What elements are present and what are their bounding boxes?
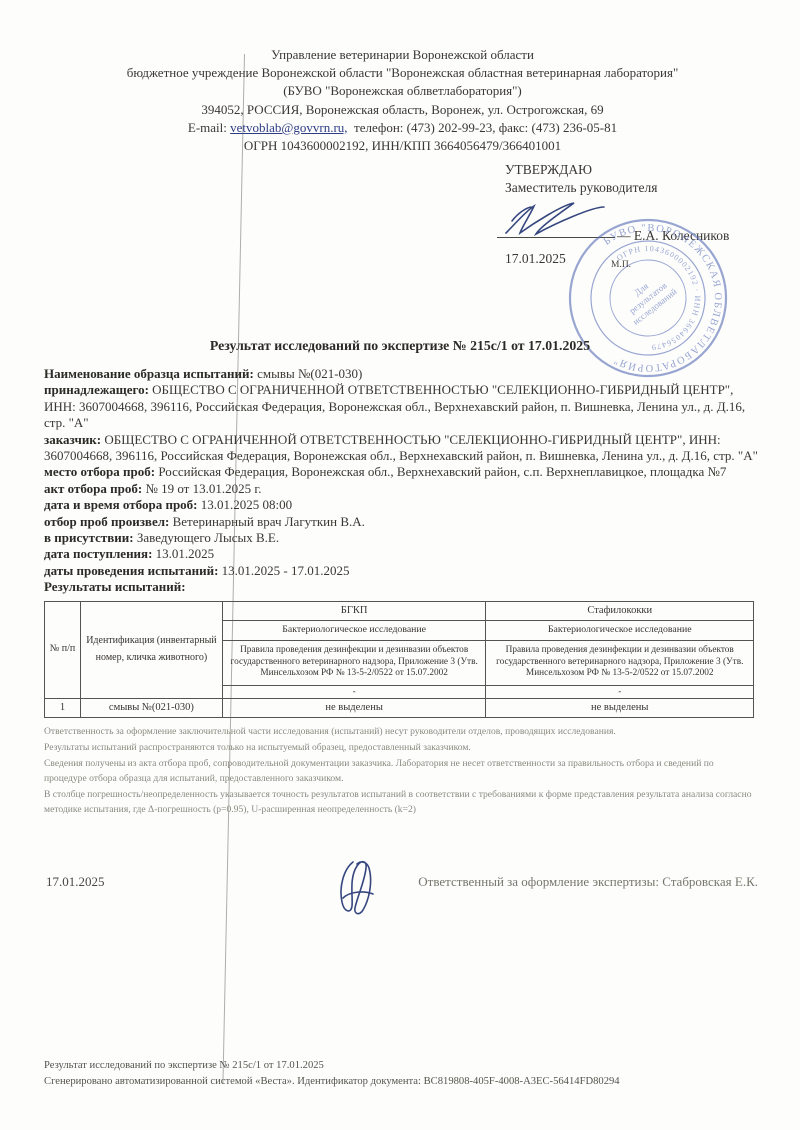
document-footer: Результат исследований по экспертизе № 2…: [44, 1058, 758, 1089]
col-header-group2: Стафилококки: [486, 601, 754, 620]
detail-customer: заказчик: ОБЩЕСТВО С ОГРАНИЧЕННОЙ ОТВЕТС…: [44, 432, 758, 465]
mp-seal-placeholder: М.П.: [611, 260, 631, 270]
detail-sampling-place: место отбора проб: Российская Федерация,…: [44, 464, 758, 480]
group1-method: Правила проведения дезинфекции и дезинва…: [222, 640, 486, 685]
signoff-date: 17.01.2025: [46, 874, 105, 890]
org-authority: Управление ветеринарии Воронежской облас…: [30, 46, 775, 64]
detail-owner: принадлежащего: ОБЩЕСТВО С ОГРАНИЧЕННОЙ …: [44, 382, 758, 431]
footnote-2: Результаты испытаний распространяются то…: [44, 740, 758, 755]
detail-testing-dates: даты проведения испытаний: 13.01.2025 - …: [44, 563, 758, 579]
footnote-3: Сведения получены из акта отбора проб, с…: [44, 756, 758, 786]
responsible-signature-ink: [329, 854, 385, 920]
group1-study-type: Бактериологическое исследование: [222, 621, 486, 640]
footnote-1: Ответственность за оформление заключител…: [44, 724, 758, 739]
col-header-group1: БГКП: [222, 601, 486, 620]
results-table: № п/п Идентификация (инвентарный номер, …: [44, 601, 754, 718]
footnotes: Ответственность за оформление заключител…: [44, 724, 758, 817]
group2-study-type: Бактериологическое исследование: [486, 621, 754, 640]
org-name: бюджетное учреждение Воронежской области…: [30, 64, 775, 82]
org-short-name: (БУВО "Воронежская облветлаборатория"): [30, 82, 775, 100]
org-registration-numbers: ОГРН 1043600002192, ИНН/КПП 3664056479/3…: [30, 137, 775, 155]
results-section-label: Результаты испытаний:: [44, 579, 758, 595]
footnote-4: В столбце погрешность/неопределенность у…: [44, 787, 758, 817]
row-result-group1: не выделены: [222, 698, 486, 717]
letterhead: Управление ветеринарии Воронежской облас…: [30, 46, 775, 155]
group1-dash: -: [222, 685, 486, 698]
org-address: 394052, РОССИЯ, Воронежская область, Вор…: [30, 101, 775, 119]
col-header-number: № п/п: [45, 601, 81, 698]
detail-sampled-by: отбор проб произвел: Ветеринарный врач Л…: [44, 514, 758, 530]
group2-dash: -: [486, 685, 754, 698]
table-row: 1 смывы №(021-030) не выделены не выделе…: [45, 698, 754, 717]
row-result-group2: не выделены: [486, 698, 754, 717]
footer-generated-by: Сгенерировано автоматизированной системо…: [44, 1074, 758, 1090]
round-stamp: БУВО "ВОРОНЕЖСКАЯ ОБЛВЕТЛАБОРАТОРИЯ" ОГР…: [556, 206, 740, 390]
detail-sample-name: Наименование образца испытаний: смывы №(…: [44, 366, 758, 382]
org-contacts: E-mail: vetvoblab@govvrn.ru, телефон: (4…: [30, 119, 775, 137]
table-header-row-groups: № п/п Идентификация (инвентарный номер, …: [45, 601, 754, 620]
detail-witness: в присутствии: Заведующего Лысых В.Е.: [44, 530, 758, 546]
detail-sampling-datetime: дата и время отбора проб: 13.01.2025 08:…: [44, 497, 758, 513]
phone-fax: телефон: (473) 202-99-23, факс: (473) 23…: [354, 120, 617, 135]
footer-expertise-ref: Результат исследований по экспертизе № 2…: [44, 1058, 758, 1074]
detail-sampling-act: акт отбора проб: № 19 от 13.01.2025 г.: [44, 481, 758, 497]
approver-position: Заместитель руководителя: [505, 179, 785, 197]
detail-received-date: дата поступления: 13.01.2025: [44, 546, 758, 562]
document-title: Результат исследований по экспертизе № 2…: [0, 338, 800, 354]
signoff-block: 17.01.2025 Ответственный за оформление э…: [44, 866, 758, 936]
responsible-signature: [329, 854, 385, 924]
row-identification: смывы №(021-030): [81, 698, 223, 717]
approve-label: УТВЕРЖДАЮ: [505, 161, 785, 179]
col-header-identification: Идентификация (инвентарный номер, кличка…: [81, 601, 223, 698]
scanned-document-page: Управление ветеринарии Воронежской облас…: [0, 0, 800, 1130]
responsible-person: Ответственный за оформление экспертизы: …: [418, 874, 758, 890]
email-label: E-mail:: [188, 120, 227, 135]
group2-method: Правила проведения дезинфекции и дезинва…: [486, 640, 754, 685]
email-link[interactable]: vetvoblab@govvrn.ru,: [230, 120, 347, 135]
document-body: Наименование образца испытаний: смывы №(…: [44, 366, 758, 818]
row-number: 1: [45, 698, 81, 717]
